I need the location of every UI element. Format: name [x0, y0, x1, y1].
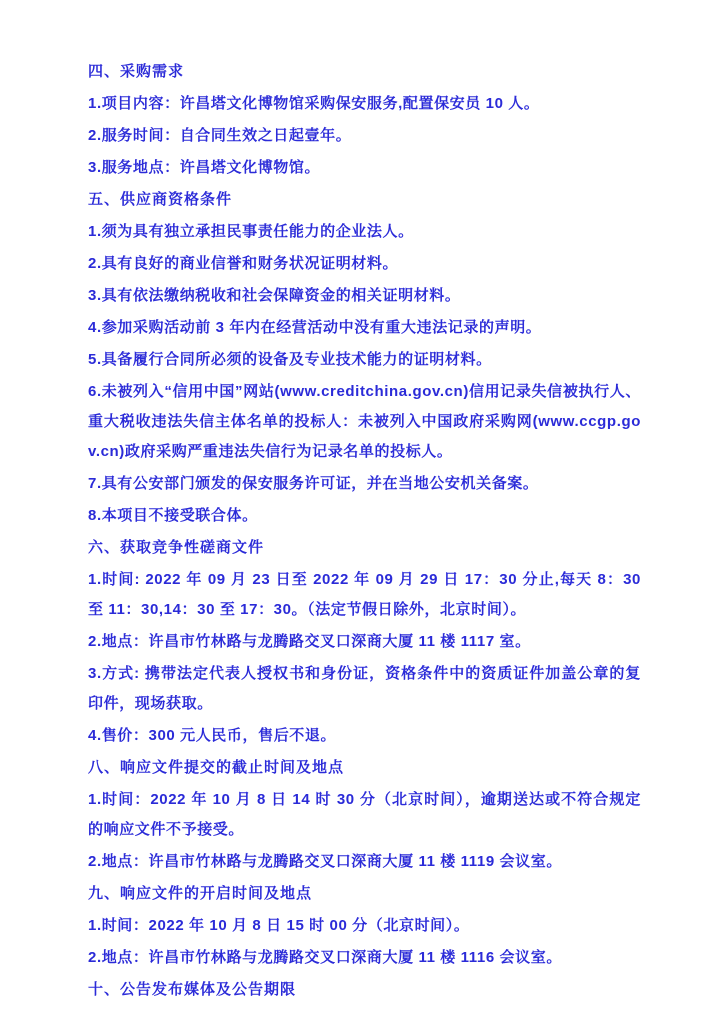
section-heading-6-obtain-documents: 六、获取竞争性磋商文件	[88, 533, 641, 563]
item-qualification-8: 8.本项目不接受联合体。	[88, 501, 641, 531]
item-qualification-4: 4.参加采购活动前 3 年内在经营活动中没有重大违法记录的声明。	[88, 313, 641, 343]
section-heading-5-supplier-qualifications: 五、供应商资格条件	[88, 185, 641, 215]
item-qualification-5: 5.具备履行合同所必须的设备及专业技术能力的证明材料。	[88, 345, 641, 375]
item-service-time: 2.服务时间：自合同生效之日起壹年。	[88, 121, 641, 151]
section-heading-8-submission-deadline: 八、响应文件提交的截止时间及地点	[88, 753, 641, 783]
item-submission-time: 1.时间：2022 年 10 月 8 日 14 时 30 分（北京时间），逾期送…	[88, 785, 641, 845]
item-qualification-1: 1.须为具有独立承担民事责任能力的企业法人。	[88, 217, 641, 247]
item-obtain-location: 2.地点：许昌市竹林路与龙腾路交叉口深商大厦 11 楼 1117 室。	[88, 627, 641, 657]
item-project-content: 1.项目内容：许昌塔文化博物馆采购保安服务,配置保安员 10 人。	[88, 89, 641, 119]
item-opening-location: 2.地点：许昌市竹林路与龙腾路交叉口深商大厦 11 楼 1116 会议室。	[88, 943, 641, 973]
item-submission-location: 2.地点：许昌市竹林路与龙腾路交叉口深商大厦 11 楼 1119 会议室。	[88, 847, 641, 877]
section-heading-9-opening-time: 九、响应文件的开启时间及地点	[88, 879, 641, 909]
section-heading-4-procurement-requirements: 四、采购需求	[88, 57, 641, 87]
item-qualification-3: 3.具有依法缴纳税收和社会保障资金的相关证明材料。	[88, 281, 641, 311]
section-heading-10-announcement-media: 十、公告发布媒体及公告期限	[88, 975, 641, 1005]
item-obtain-method: 3.方式: 携带法定代表人授权书和身份证，资格条件中的资质证件加盖公章的复印件，…	[88, 659, 641, 719]
item-obtain-price: 4.售价：300 元人民币，售后不退。	[88, 721, 641, 751]
item-qualification-6: 6.未被列入“信用中国”网站(www.creditchina.gov.cn)信用…	[88, 377, 641, 467]
item-obtain-time: 1.时间: 2022 年 09 月 23 日至 2022 年 09 月 29 日…	[88, 565, 641, 625]
item-qualification-7: 7.具有公安部门颁发的保安服务许可证，并在当地公安机关备案。	[88, 469, 641, 499]
item-service-location: 3.服务地点：许昌塔文化博物馆。	[88, 153, 641, 183]
document-page: 四、采购需求1.项目内容：许昌塔文化博物馆采购保安服务,配置保安员 10 人。2…	[0, 0, 711, 1020]
item-qualification-2: 2.具有良好的商业信誉和财务状况证明材料。	[88, 249, 641, 279]
document-body: 四、采购需求1.项目内容：许昌塔文化博物馆采购保安服务,配置保安员 10 人。2…	[88, 57, 641, 1005]
item-opening-time: 1.时间：2022 年 10 月 8 日 15 时 00 分（北京时间）。	[88, 911, 641, 941]
